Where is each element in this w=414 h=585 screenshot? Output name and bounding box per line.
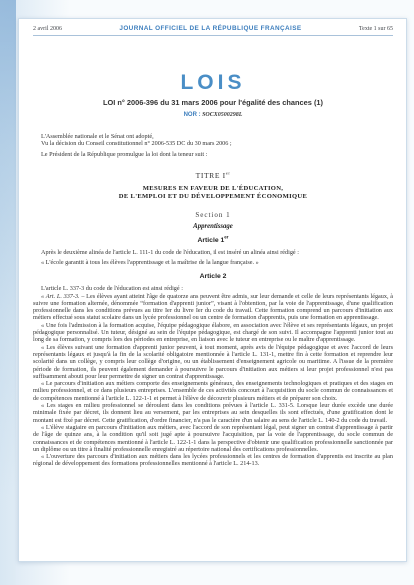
law-paragraph: « Les stages en milieu professionnel se … (33, 402, 393, 424)
document-page: 2 avril 2006 JOURNAL OFFICIEL DE LA RÉPU… (18, 18, 407, 562)
titre-label: TITRE I (196, 171, 226, 180)
preamble-line: L'Assemblée nationale et le Sénat ont ad… (33, 133, 393, 140)
page-indicator: Texte 1 sur 65 (359, 26, 393, 32)
law-paragraph-art-337-3: « Art. L. 337-3. – Les élèves ayant atte… (33, 293, 393, 322)
section-heading: Section 1 (33, 211, 393, 219)
nor-value: SOCX0500298L (202, 112, 242, 118)
article-1-heading: Article 1er (33, 237, 393, 244)
law-paragraph: Après le deuxième alinéa de l'article L.… (33, 249, 393, 256)
titre-subtitle: MESURES EN FAVEUR DE L'ÉDUCATION, DE L'E… (33, 185, 393, 201)
titre-sup: er (226, 170, 231, 175)
law-title: LOI n° 2006-396 du 31 mars 2006 pour l'é… (33, 98, 393, 107)
article-1-body: Après le deuxième alinéa de l'article L.… (33, 249, 393, 267)
preamble: L'Assemblée nationale et le Sénat ont ad… (33, 133, 393, 158)
nor-line: NOR : SOCX0500298L (33, 112, 393, 118)
journal-title: JOURNAL OFFICIEL DE LA RÉPUBLIQUE FRANÇA… (119, 25, 301, 32)
preamble-line: Le Président de la République promulgue … (33, 151, 393, 158)
article-ref-text: Les élèves ayant atteint l'âge de quator… (33, 293, 393, 322)
header-rule (33, 35, 393, 36)
law-paragraph: « Une fois l'admission à la formation ac… (33, 322, 393, 344)
nor-label: NOR : (184, 112, 201, 118)
lois-section-title: LOIS (33, 72, 393, 94)
titre-subtitle-line2: DE L'EMPLOI ET DU DÉVELOPPEMENT ÉCONOMIQ… (33, 193, 393, 201)
article-ref-lead: « Art. L. 337-3. – (41, 293, 86, 300)
titre-heading: TITRE Ier (33, 171, 393, 180)
article2-paragraphs: « Une fois l'admission à la formation ac… (33, 322, 393, 468)
preamble-line: Vu la décision du Conseil constitutionne… (33, 140, 393, 147)
law-paragraph: « L'élève stagiaire en parcours d'initia… (33, 424, 393, 453)
article-1-label: Article 1 (197, 237, 224, 244)
law-paragraph: « Les élèves suivant une formation d'app… (33, 344, 393, 380)
article-1-sup: er (224, 234, 228, 239)
header-date: 2 avril 2006 (33, 26, 62, 32)
law-paragraph: L'article L. 337-3 du code de l'éducatio… (33, 285, 393, 292)
article-2-heading: Article 2 (33, 273, 393, 280)
law-paragraph: « L'ouverture des parcours d'initiation … (33, 453, 393, 468)
article-2-body: L'article L. 337-3 du code de l'éducatio… (33, 285, 393, 467)
law-paragraph: « Le parcours d'initiation aux métiers c… (33, 380, 393, 402)
section-subtitle: Apprentissage (33, 223, 393, 230)
law-paragraph: « L'école garantit à tous les élèves l'a… (33, 259, 393, 266)
page-header: 2 avril 2006 JOURNAL OFFICIEL DE LA RÉPU… (33, 25, 393, 32)
titre-subtitle-line1: MESURES EN FAVEUR DE L'ÉDUCATION, (33, 185, 393, 193)
